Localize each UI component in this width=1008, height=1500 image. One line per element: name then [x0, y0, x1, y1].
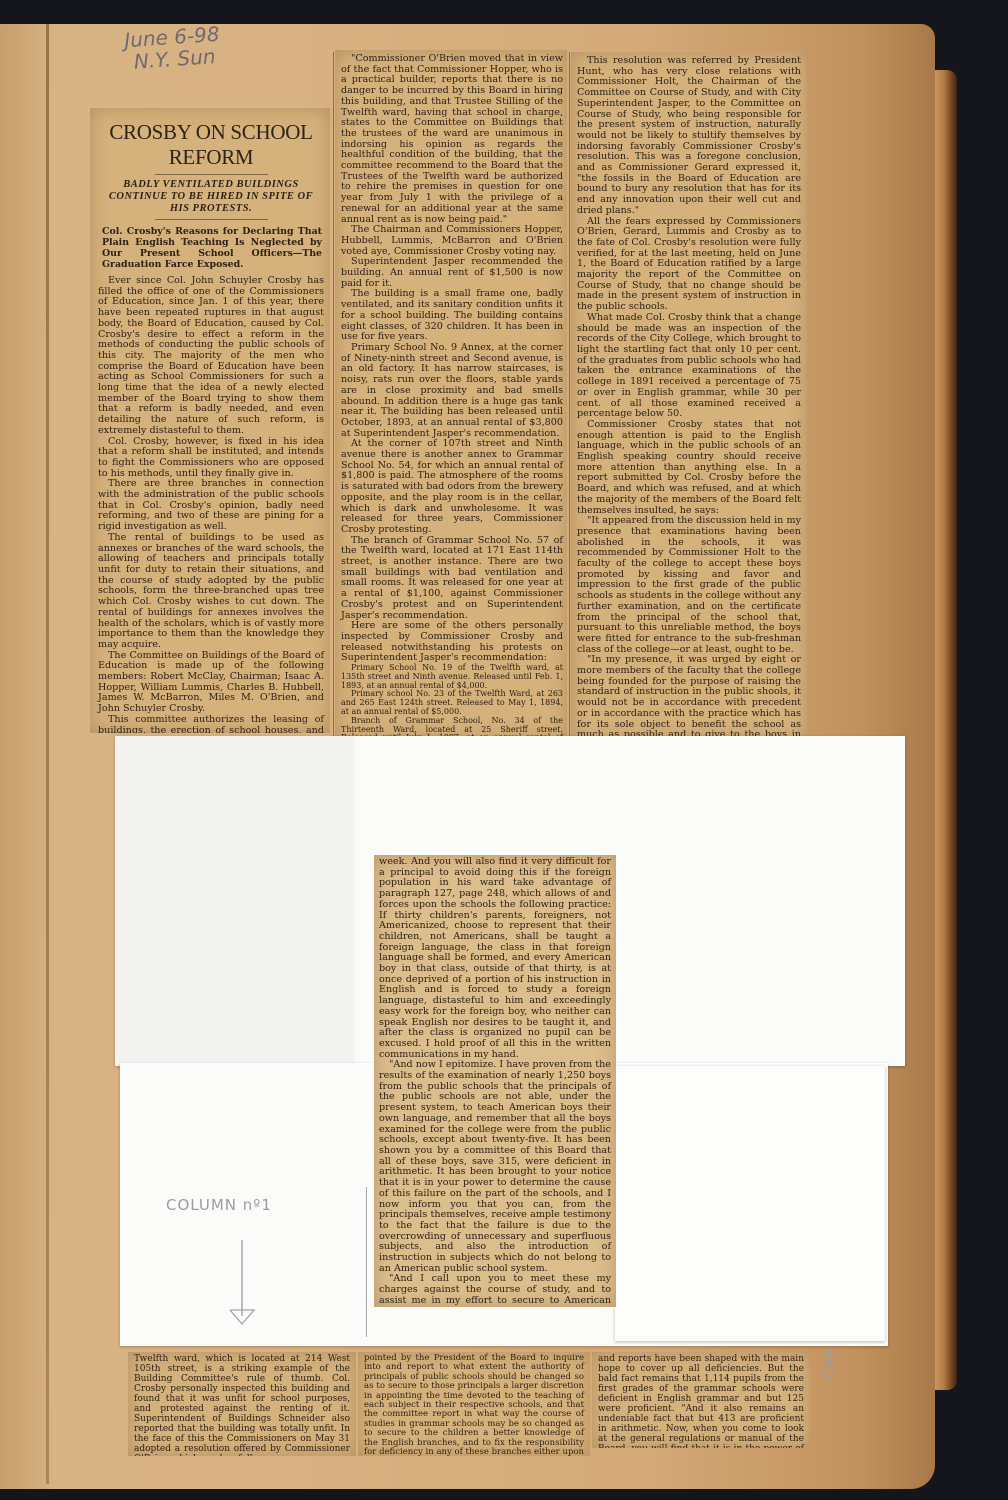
paragraph: There are three branches in connection w…: [98, 479, 324, 533]
article-subhead: BADLY VENTILATED BUILDINGS CONTINUE TO B…: [104, 179, 318, 215]
paragraph: "In my presence, it was urged by eight o…: [577, 655, 801, 740]
paragraph: The building is a small frame one, badly…: [341, 289, 563, 343]
column-rule: [569, 52, 570, 740]
paragraph: What made Col. Crosby think that a chang…: [577, 313, 801, 420]
school-listings: Primary School No. 19 of the Twelfth war…: [341, 664, 563, 740]
paragraph: Commissioner Crosby states that not enou…: [577, 420, 801, 516]
clipping-bottom-middle: pointed by the President of the Board to…: [358, 1352, 590, 1456]
paragraph: This committee authorizes the leasing of…: [98, 715, 324, 733]
paragraph: Superintendent Jasper recommended the bu…: [341, 257, 563, 289]
clipping-column-1: CROSBY ON SCHOOL REFORM BADLY VENTILATED…: [90, 108, 330, 733]
page-gutter: [46, 24, 49, 1484]
divider: [155, 174, 268, 175]
article-headline: CROSBY ON SCHOOL REFORM: [98, 120, 324, 170]
paragraph: The Chairman and Commissioners Hopper, H…: [341, 225, 563, 257]
paragraph: Ever since Col. John Schuyler Crosby has…: [98, 276, 324, 437]
clipping-center: week. And you will also find it very dif…: [374, 855, 616, 1307]
paragraph: and reports have been shaped with the ma…: [598, 1354, 804, 1448]
paragraph: Col. Crosby, however, is fixed in his id…: [98, 437, 324, 480]
paragraph: "And I call upon you to meet these my ch…: [379, 1274, 611, 1307]
sheet-fold: [115, 736, 355, 1066]
paragraph: week. And you will also find it very dif…: [379, 857, 611, 1060]
column-rule: [333, 52, 334, 742]
listing-item: Primary School No. 19 of the Twelfth war…: [341, 664, 563, 690]
paragraph: All the fears expressed by Commissioners…: [577, 217, 801, 313]
pencil-vertical-line: [366, 1187, 367, 1337]
handwritten-annotation: June 6-98 N.Y. Sun: [124, 23, 222, 74]
clipping-bottom-left: Twelfth ward, which is located at 214 We…: [128, 1352, 356, 1456]
white-insert-flap: [615, 1066, 885, 1341]
divider: [155, 219, 268, 220]
paragraph: Here are some of the others personally i…: [341, 621, 563, 664]
paragraph: "And now I epitomize. I have proven from…: [379, 1060, 611, 1274]
paragraph: This resolution was referred by Presiden…: [577, 56, 801, 217]
clipping-column-2: "Commissioner O'Brien moved that in view…: [335, 50, 567, 740]
paragraph: pointed by the President of the Board to…: [364, 1354, 584, 1456]
pencil-margin-label: CHA: [822, 1347, 838, 1380]
paragraph: The Committee on Buildings of the Board …: [98, 651, 324, 715]
pencil-column-label: COLUMN nº1: [166, 1196, 272, 1214]
paragraph: "Commissioner O'Brien moved that in view…: [341, 54, 563, 225]
paragraph: At the corner of 107th street and Ninth …: [341, 439, 563, 535]
paragraph: Primary School No. 9 Annex, at the corne…: [341, 343, 563, 439]
paragraph: The branch of Grammar School No. 57 of t…: [341, 536, 563, 622]
down-arrow-icon: [225, 1240, 259, 1330]
handwritten-source: N.Y. Sun: [133, 45, 222, 73]
paragraph: "It appeared from the discussion held in…: [577, 516, 801, 655]
clipping-bottom-right: and reports have been shaped with the ma…: [592, 1352, 810, 1448]
paragraph: The rental of buildings to be used as an…: [98, 533, 324, 651]
page-stack-edge: [935, 70, 957, 1390]
paragraph: Twelfth ward, which is located at 214 We…: [134, 1354, 350, 1456]
listing-item: Primary school No. 23 of the Twelfth War…: [341, 690, 563, 716]
article-deck: Col. Crosby's Reasons for Declaring That…: [102, 226, 322, 270]
clipping-column-3: This resolution was referred by Presiden…: [571, 52, 807, 740]
